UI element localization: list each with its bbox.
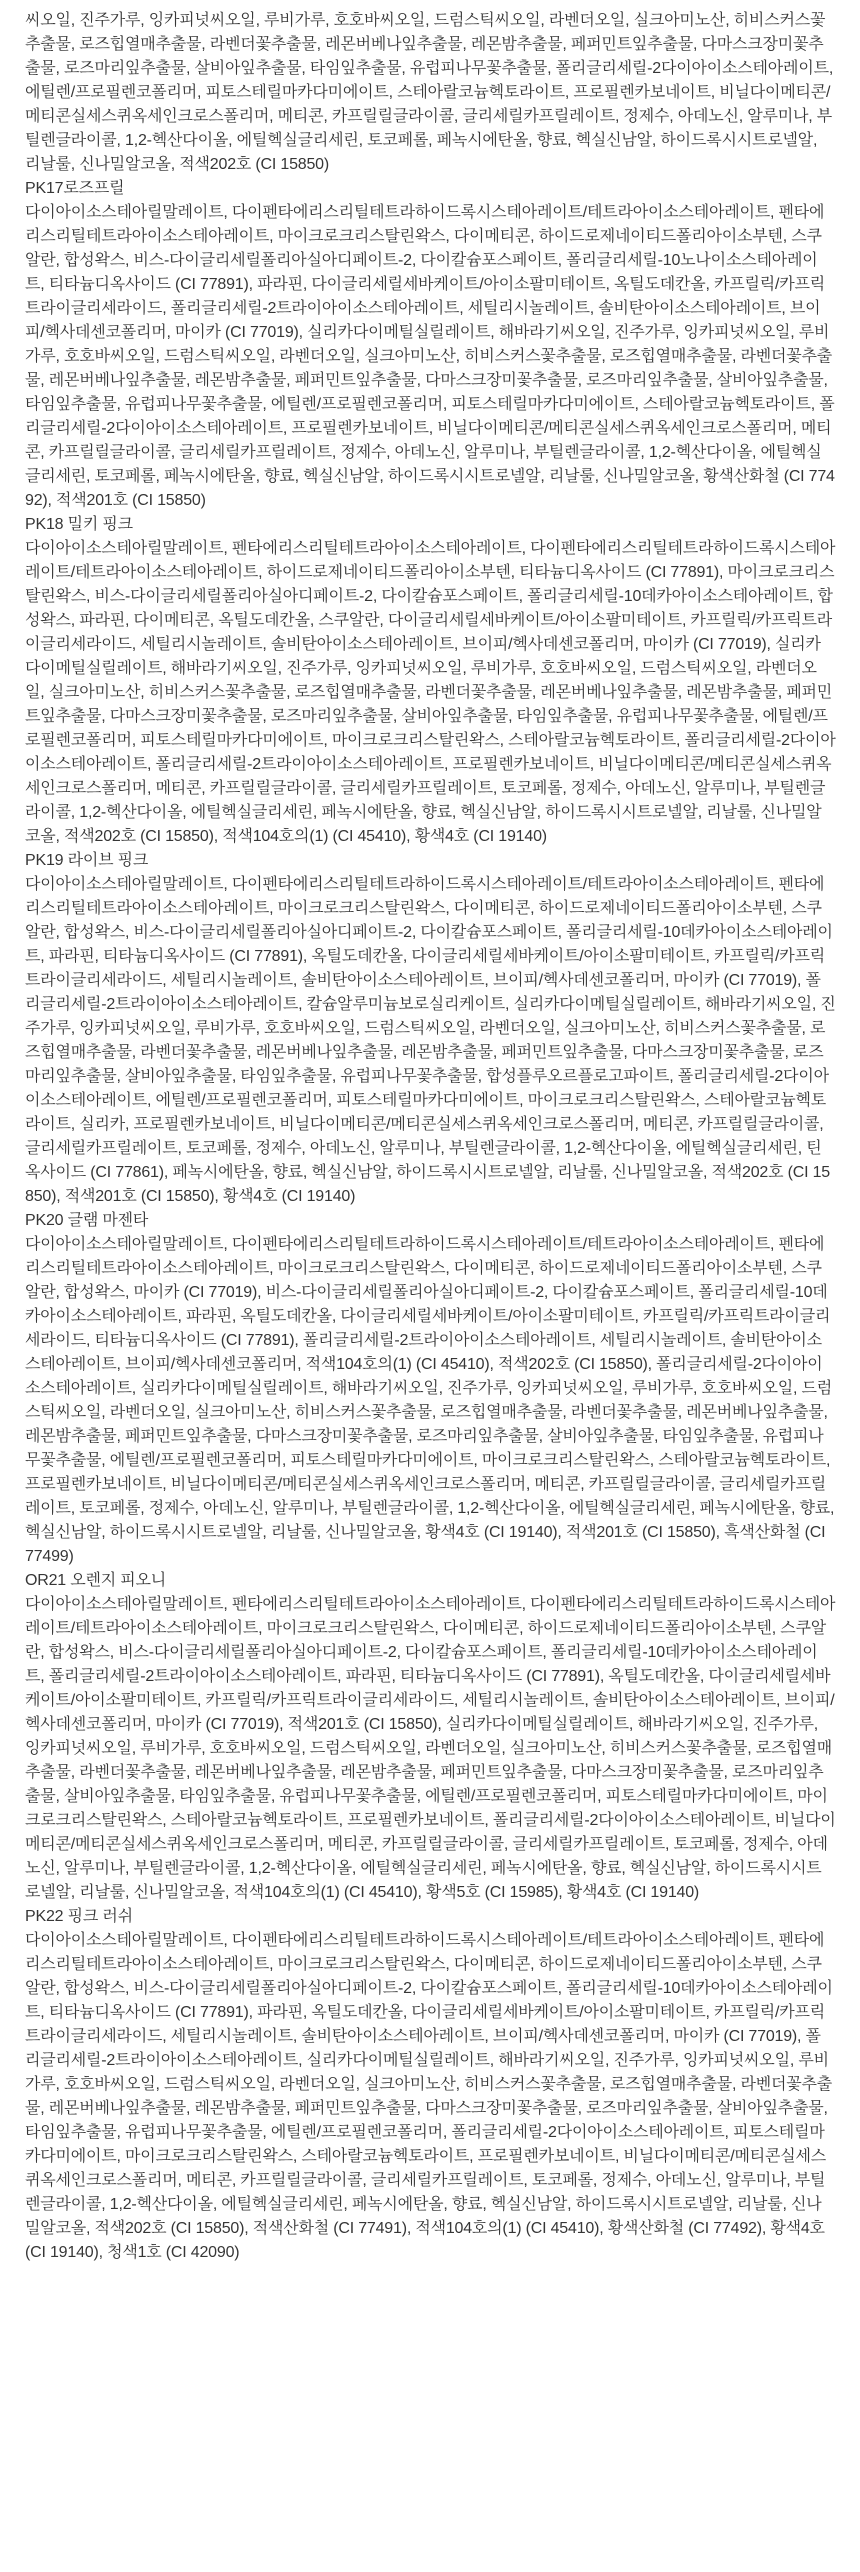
section-shade-pk19: PK19 라이브 핑크 다이아이소스테아릴말레이트, 다이펜타에리스리틸테트라하…	[25, 849, 836, 1209]
ingredients-paragraph: 다이아이소스테아릴말레이트, 다이펜타에리스리틸테트라하이드록시스테아레이트/테…	[25, 1233, 836, 1569]
section-shade-pk20: PK20 글램 마젠타 다이아이소스테아릴말레이트, 다이펜타에리스리틸테트라하…	[25, 1209, 836, 1569]
section-intro-continuation: 씨오일, 진주가루, 잉카피넛씨오일, 루비가루, 호호바씨오일, 드럼스틱씨오…	[25, 9, 836, 177]
section-shade-pk18: PK18 밀키 핑크 다이아이소스테아릴말레이트, 펜타에리스리틸테트라아이소스…	[25, 513, 836, 849]
ingredients-paragraph: 다이아이소스테아릴말레이트, 펜타에리스리틸테트라아이소스테아레이트, 다이펜타…	[25, 537, 836, 849]
shade-heading-or21: OR21 오렌지 피오니	[25, 1569, 836, 1593]
shade-heading-pk19: PK19 라이브 핑크	[25, 849, 836, 873]
ingredients-paragraph: 다이아이소스테아릴말레이트, 다이펜타에리스리틸테트라하이드록시스테아레이트/테…	[25, 201, 836, 513]
ingredients-paragraph: 다이아이소스테아릴말레이트, 펜타에리스리틸테트라아이소스테아레이트, 다이펜타…	[25, 1593, 836, 1905]
ingredient-list-document: 씨오일, 진주가루, 잉카피넛씨오일, 루비가루, 호호바씨오일, 드럼스틱씨오…	[0, 0, 860, 2265]
shade-heading-pk20: PK20 글램 마젠타	[25, 1209, 836, 1233]
shade-heading-pk18: PK18 밀키 핑크	[25, 513, 836, 537]
ingredients-paragraph: 다이아이소스테아릴말레이트, 다이펜타에리스리틸테트라하이드록시스테아레이트/테…	[25, 1929, 836, 2265]
section-shade-or21: OR21 오렌지 피오니 다이아이소스테아릴말레이트, 펜타에리스리틸테트라아이…	[25, 1569, 836, 1905]
section-shade-pk17: PK17로즈프릴 다이아이소스테아릴말레이트, 다이펜타에리스리틸테트라하이드록…	[25, 177, 836, 513]
section-shade-pk22: PK22 핑크 러쉬 다이아이소스테아릴말레이트, 다이펜타에리스리틸테트라하이…	[25, 1905, 836, 2265]
ingredients-paragraph: 씨오일, 진주가루, 잉카피넛씨오일, 루비가루, 호호바씨오일, 드럼스틱씨오…	[25, 9, 836, 177]
shade-heading-pk22: PK22 핑크 러쉬	[25, 1905, 836, 1929]
shade-heading-pk17: PK17로즈프릴	[25, 177, 836, 201]
ingredients-paragraph: 다이아이소스테아릴말레이트, 다이펜타에리스리틸테트라하이드록시스테아레이트/테…	[25, 873, 836, 1209]
